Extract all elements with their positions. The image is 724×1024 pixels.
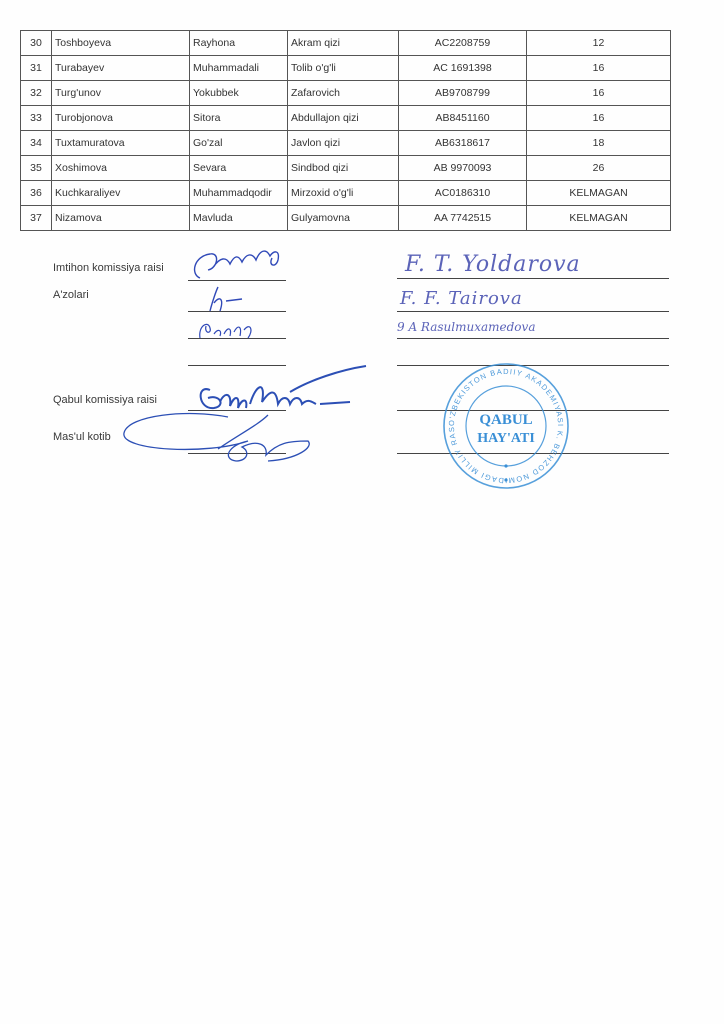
score-cell: 18 [527, 131, 671, 156]
row-number: 33 [21, 106, 52, 131]
patronymic-cell: Javlon qizi [288, 131, 399, 156]
first-name-cell: Muhammadqodir [190, 181, 288, 206]
surname-cell: Toshboyeva [52, 31, 190, 56]
admission-committee-stamp-icon: O'ZBEKISTON BADIIY AKADEMIYASI K. BEHZOD… [436, 362, 576, 490]
surname-cell: Xoshimova [52, 156, 190, 181]
score-cell: 26 [527, 156, 671, 181]
patronymic-cell: Gulyamovna [288, 206, 399, 231]
patronymic-cell: Abdullajon qizi [288, 106, 399, 131]
patronymic-cell: Akram qizi [288, 31, 399, 56]
first-name-cell: Go'zal [190, 131, 288, 156]
stamp-center-line2: HAY'ATI [477, 431, 535, 446]
row-number: 36 [21, 181, 52, 206]
member-signature-icon [192, 285, 262, 313]
table-row: 37NizamovaMavludaGulyamovnaAA 7742515KEL… [21, 206, 671, 231]
handwritten-name-3: 9 A Rasulmuxamedova [397, 320, 535, 334]
first-name-cell: Mavluda [190, 206, 288, 231]
patronymic-cell: Mirzoxid o'g'li [288, 181, 399, 206]
row-number: 35 [21, 156, 52, 181]
first-name-cell: Rayhona [190, 31, 288, 56]
surname-cell: Tuxtamuratova [52, 131, 190, 156]
members-label: A'zolari [53, 289, 89, 301]
score-cell: 16 [527, 81, 671, 106]
document-page: 30ToshboyevaRayhonaAkram qiziAC220875912… [0, 0, 724, 1024]
stamp-center-line1: QABUL [479, 412, 532, 428]
row-number: 32 [21, 81, 52, 106]
row-number: 31 [21, 56, 52, 81]
row-number: 37 [21, 206, 52, 231]
patronymic-cell: Sindbod qizi [288, 156, 399, 181]
applicant-results-table: 30ToshboyevaRayhonaAkram qiziAC220875912… [20, 30, 671, 231]
score-cell: KELMAGAN [527, 206, 671, 231]
table-row: 30ToshboyevaRayhonaAkram qiziAC220875912 [21, 31, 671, 56]
first-name-cell: Sevara [190, 156, 288, 181]
name-line [397, 311, 669, 312]
surname-cell: Turg'unov [52, 81, 190, 106]
member-signature-icon [194, 316, 264, 342]
score-cell: 16 [527, 106, 671, 131]
table-row: 36KuchkaraliyevMuhammadqodirMirzoxid o'g… [21, 181, 671, 206]
name-line [397, 338, 669, 339]
table-row: 35XoshimovaSevaraSindbod qiziAB 99700932… [21, 156, 671, 181]
first-name-cell: Sitora [190, 106, 288, 131]
passport-cell: AC 1691398 [399, 56, 527, 81]
row-number: 34 [21, 131, 52, 156]
passport-cell: AB8451160 [399, 106, 527, 131]
passport-cell: AB 9970093 [399, 156, 527, 181]
secretary-signature-icon [118, 405, 328, 465]
passport-cell: AC0186310 [399, 181, 527, 206]
score-cell: 12 [527, 31, 671, 56]
handwritten-name-1: F. T. Yoldarova [405, 252, 581, 277]
row-number: 30 [21, 31, 52, 56]
table-row: 33TurobjonovaSitoraAbdullajon qiziAB8451… [21, 106, 671, 131]
score-cell: KELMAGAN [527, 181, 671, 206]
exam-commission-chair-label: Imtihon komissiya raisi [53, 262, 164, 274]
responsible-secretary-label: Mas'ul kotib [53, 431, 111, 443]
surname-cell: Nizamova [52, 206, 190, 231]
handwritten-name-2: F. F. Tairova [400, 288, 523, 309]
surname-cell: Turobjonova [52, 106, 190, 131]
surname-cell: Turabayev [52, 56, 190, 81]
exam-chair-signature-icon [180, 246, 290, 286]
first-name-cell: Yokubbek [190, 81, 288, 106]
passport-cell: AA 7742515 [399, 206, 527, 231]
name-line [397, 278, 669, 279]
score-cell: 16 [527, 56, 671, 81]
patronymic-cell: Zafarovich [288, 81, 399, 106]
surname-cell: Kuchkaraliyev [52, 181, 190, 206]
passport-cell: AB6318617 [399, 131, 527, 156]
first-name-cell: Muhammadali [190, 56, 288, 81]
passport-cell: AB9708799 [399, 81, 527, 106]
passport-cell: AC2208759 [399, 31, 527, 56]
table-row: 32Turg'unovYokubbekZafarovichAB970879916 [21, 81, 671, 106]
table-row: 34TuxtamuratovaGo'zalJavlon qiziAB631861… [21, 131, 671, 156]
patronymic-cell: Tolib o'g'li [288, 56, 399, 81]
table-row: 31TurabayevMuhammadaliTolib o'g'liAC 169… [21, 56, 671, 81]
